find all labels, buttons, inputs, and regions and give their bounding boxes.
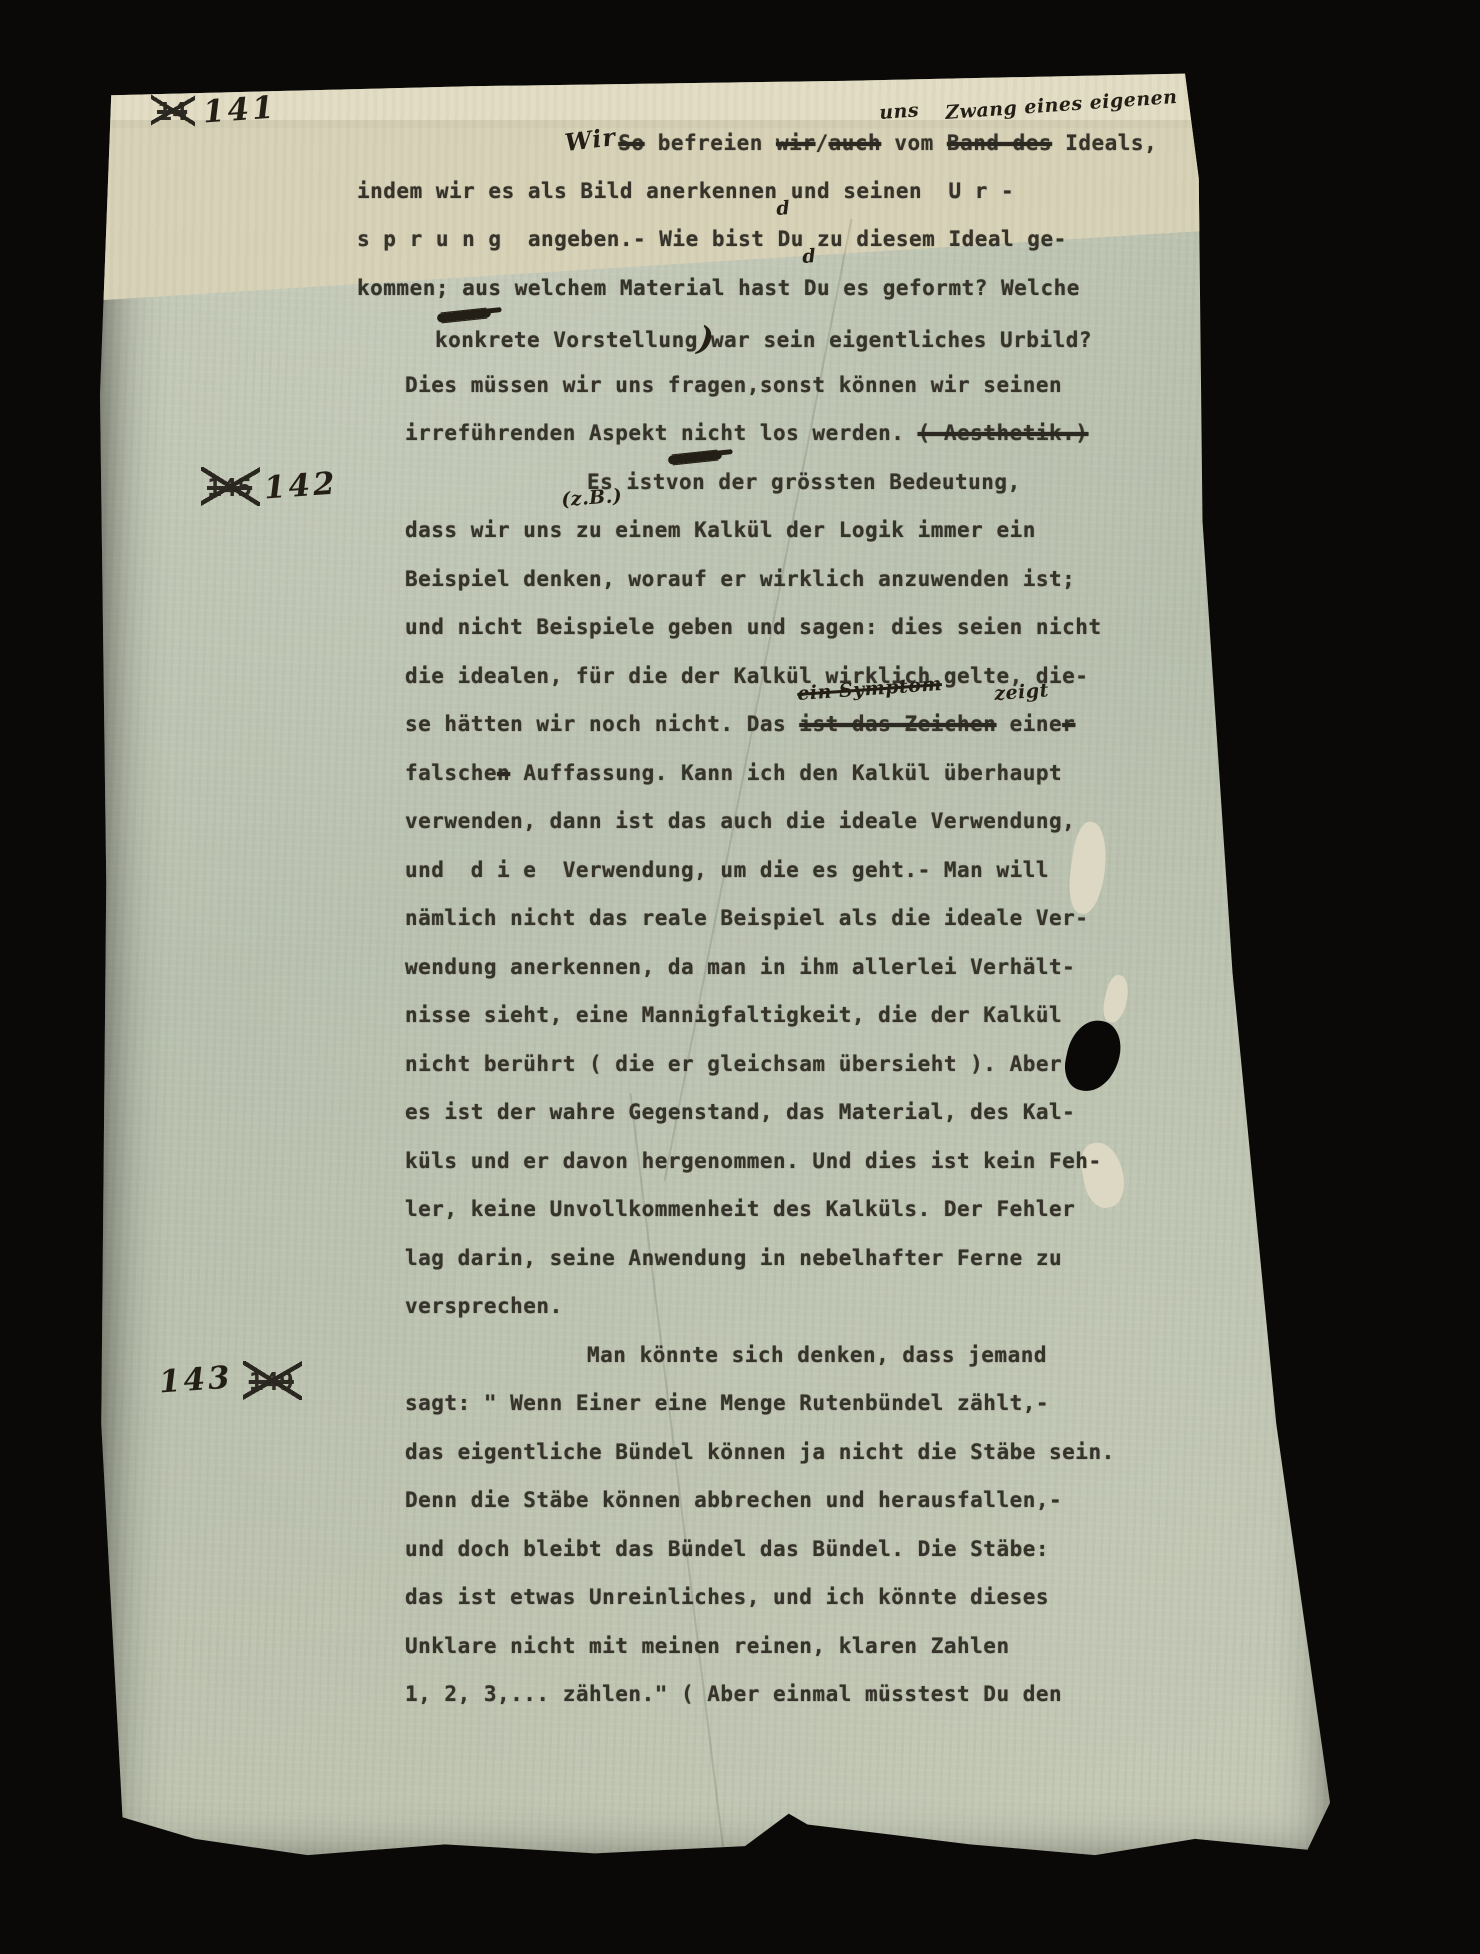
- typed-text: Beispiel denken, worauf er wirklich anzu…: [405, 567, 1075, 591]
- typescript-line-27: sagt: " Wenn Einer eine Menge Rutenbünde…: [405, 1379, 1285, 1428]
- typed-text: nicht berührt ( die er gleichsam übersie…: [405, 1052, 1062, 1076]
- typescript-line-20: nicht berührt ( die er gleichsam übersie…: [405, 1040, 1285, 1089]
- typescript-line-14: falschen Auffassung. Kann ich den Kalkül…: [405, 749, 1285, 798]
- typescript-line-15: verwenden, dann ist das auch die ideale …: [405, 797, 1285, 846]
- typed-text: dass wir uns: [405, 518, 563, 542]
- manuscript-page: 214141 145142 143149 WirSo befreien wir/…: [95, 70, 1345, 1875]
- typescript-line-25: versprechen.: [405, 1282, 1285, 1331]
- typescript-line-4: kommen; aus welchem Material hast dDu es…: [357, 264, 1285, 313]
- typed-text: /: [815, 131, 828, 155]
- typed-text: Auffassung. Kann ich den Kalkül überhaup…: [510, 761, 1062, 785]
- typed-text: und d i e Verwendung, um die es geht.- M…: [405, 858, 1049, 882]
- typed-text: konkrete Vorstellung: [435, 328, 698, 352]
- typescript-line-26: Man könnte sich denken, dass jemand: [587, 1331, 1285, 1380]
- margin-page-number-3: 143149: [159, 1362, 294, 1398]
- typed-text: war sein eigentliches Urbild?: [711, 328, 1092, 352]
- typescript-text: WirSo befreien wir/auchuns vom Zwang ein…: [405, 118, 1285, 1719]
- typescript-line-17: nämlich nicht das reale Beispiel als die…: [405, 894, 1285, 943]
- handwritten-page-number: 141: [202, 89, 278, 130]
- struck-typed-text: r: [1062, 712, 1075, 736]
- typescript-line-1: WirSo befreien wir/auchuns vom Zwang ein…: [565, 118, 1285, 167]
- typescript-line-23: ler, keine Unvollkommenheit des Kalküls.…: [405, 1185, 1285, 1234]
- typescript-line-13: se hätten wir noch nicht. Das ein Sympto…: [405, 700, 1285, 749]
- typescript-line-16: und d i e Verwendung, um die es geht.- M…: [405, 846, 1285, 895]
- typescript-line-7: irreführenden Aspekt nicht los werden. (…: [405, 409, 1285, 458]
- typed-text: und doch bleibt das Bündel das Bündel. D…: [405, 1537, 1049, 1561]
- typed-text: nämlich nicht das reale Beispiel als die…: [405, 906, 1088, 930]
- struck-typed-text: auch: [829, 131, 882, 155]
- typescript-line-9: dass wir uns(z.B.) zu einem Kalkül der L…: [405, 506, 1285, 555]
- typed-text: es ist der wahre Gegenstand, das Materia…: [405, 1100, 1075, 1124]
- typed-text: Unklare nicht mit meinen reinen, klaren …: [405, 1634, 1010, 1658]
- typed-text: wendung anerkennen, da man in ihm allerl…: [405, 955, 1075, 979]
- typed-text: s p r u n g angeben.- Wie bist: [357, 227, 778, 251]
- typed-text: sagt: " Wenn Einer eine Menge Rutenbünde…: [405, 1391, 1049, 1415]
- typescript-line-19: nisse sieht, eine Mannigfaltigkeit, die …: [405, 991, 1285, 1040]
- struck-typed-text: n: [497, 761, 510, 785]
- typescript-line-28: das eigentliche Bündel können ja nicht d…: [405, 1428, 1285, 1477]
- typed-text: se hätten wir noch nicht. Das: [405, 712, 799, 736]
- typed-text: ler, keine Unvollkommenheit des Kalküls.…: [405, 1197, 1075, 1221]
- typed-text: Denn die Stäbe können abbrechen und hera…: [405, 1488, 1062, 1512]
- typescript-line-24: lag darin, seine Anwendung in nebelhafte…: [405, 1234, 1285, 1283]
- typescript-line-3: s p r u n g angeben.- Wie bist dDu zu di…: [357, 215, 1285, 264]
- struck-typed-page-number: 149: [249, 1367, 294, 1396]
- typed-text: verwenden, dann ist das auch die ideale …: [405, 809, 1075, 833]
- typed-text: Du zu diesem Ideal ge-: [778, 227, 1067, 251]
- typescript-line-2: indem wir es als Bild anerkennen und sei…: [357, 167, 1285, 216]
- typed-text: die idealen, für die der Kalkül wirklich…: [405, 664, 1088, 688]
- typed-text: indem wir es als Bild anerkennen und sei…: [357, 179, 1014, 203]
- margin-page-number-2: 145142: [207, 468, 338, 504]
- typed-text: Ideals,: [1052, 131, 1157, 155]
- typed-text: zu einem Kalkül der Logik immer ein: [563, 518, 1036, 542]
- typed-text: versprechen.: [405, 1294, 563, 1318]
- typed-text: kommen; aus welchem Material hast: [357, 276, 804, 300]
- typed-text: lag darin, seine Anwendung in nebelhafte…: [405, 1246, 1062, 1270]
- typescript-line-32: Unklare nicht mit meinen reinen, klaren …: [405, 1622, 1285, 1671]
- typescript-line-29: Denn die Stäbe können abbrechen und hera…: [405, 1476, 1285, 1525]
- handwritten-page-number: 142: [263, 465, 339, 506]
- typed-text: das ist etwas Unreinliches, und ich könn…: [405, 1585, 1049, 1609]
- photo-background: 214141 145142 143149 WirSo befreien wir/…: [0, 0, 1480, 1954]
- typescript-line-18: wendung anerkennen, da man in ihm allerl…: [405, 943, 1285, 992]
- typed-text: das eigentliche Bündel können ja nicht d…: [405, 1440, 1115, 1464]
- typescript-line-30: und doch bleibt das Bündel das Bündel. D…: [405, 1525, 1285, 1574]
- typed-text: Man könnte sich denken, dass jemand: [587, 1343, 1047, 1367]
- typed-text: 1, 2, 3,... zählen." ( Aber einmal müsst…: [405, 1682, 1062, 1706]
- typescript-line-10: Beispiel denken, worauf er wirklich anzu…: [405, 555, 1285, 604]
- typescript-line-6: Dies müssen wir uns fragen,sonst können …: [405, 361, 1285, 410]
- typescript-line-8: Es istvon der grössten Bedeutung,: [587, 458, 1285, 507]
- typescript-line-5: konkrete Vorstellung)war sein eigentlich…: [435, 312, 1285, 361]
- typescript-line-11: und nicht Beispiele geben und sagen: die…: [405, 603, 1285, 652]
- typescript-line-21: es ist der wahre Gegenstand, das Materia…: [405, 1088, 1285, 1137]
- handwritten-bracket: ): [695, 314, 714, 364]
- typed-text: nisse sieht, eine Mannigfaltigkeit, die …: [405, 1003, 1062, 1027]
- struck-typed-page-number: 145: [207, 473, 252, 502]
- struck-typed-text: wir: [776, 131, 815, 155]
- typed-text: Dies müssen wir uns fragen,sonst können …: [405, 373, 1062, 397]
- margin-page-number-1: 214141: [157, 92, 277, 128]
- typed-text: küls und er davon hergenommen. Und dies …: [405, 1149, 1102, 1173]
- typed-text: befreien: [645, 131, 776, 155]
- typed-text: Du es geformt? Welche: [804, 276, 1080, 300]
- handwritten-word: Wir: [562, 113, 619, 167]
- typed-text: von der grössten Bedeutung,: [666, 470, 1021, 494]
- struck-typed-text: ( Aesthetik.): [918, 421, 1089, 445]
- typed-text: irreführenden Aspekt nicht los werden.: [405, 421, 918, 445]
- struck-typed-text: So: [618, 131, 644, 155]
- handwritten-superscript: 2: [167, 68, 180, 90]
- struck-typed-page-number: 14: [157, 97, 187, 126]
- typed-text: und nicht Beispiele geben und sagen: die…: [405, 615, 1102, 639]
- typed-text: falsche: [405, 761, 497, 785]
- handwritten-page-number: 143: [158, 1359, 234, 1400]
- typescript-line-33: 1, 2, 3,... zählen." ( Aber einmal müsst…: [405, 1670, 1285, 1719]
- typescript-line-31: das ist etwas Unreinliches, und ich könn…: [405, 1573, 1285, 1622]
- typescript-line-22: küls und er davon hergenommen. Und dies …: [405, 1137, 1285, 1186]
